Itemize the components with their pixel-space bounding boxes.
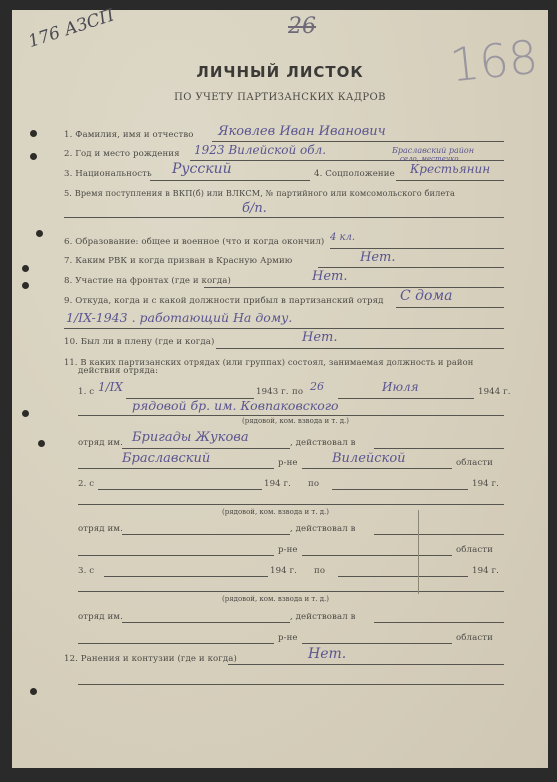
- entry-1-to-label: по: [292, 387, 303, 397]
- entry-1-to-month: Июля: [382, 380, 419, 394]
- field-2-value-district: Браславский район: [392, 146, 474, 155]
- entry-1-to-year: 1944 г.: [478, 387, 511, 397]
- entry-3-district-label: р-не: [278, 633, 298, 643]
- field-10-label: 10. Был ли в плену (где и когда): [64, 337, 214, 347]
- entry-1-region-label: области: [456, 458, 493, 468]
- punch-hole: [22, 410, 29, 417]
- entry-2-acted-in-label: , действовал в: [290, 524, 356, 534]
- entry-3-region-line: [302, 643, 452, 644]
- archive-mark-top-left: 176 АЗСП: [26, 5, 117, 52]
- entry-3-district-line: [78, 643, 274, 644]
- pencil-mark-vertical: [418, 510, 419, 594]
- entry-3-from-line: [104, 576, 268, 577]
- field-6-label: 6. Образование: общее и военное (что и к…: [64, 237, 324, 247]
- entry-2-to-label: по: [308, 479, 319, 489]
- field-12-line-2: [78, 684, 504, 685]
- field-1-label: 1. Фамилия, имя и отчество: [64, 130, 194, 140]
- entry-2-acted-in-line: [374, 534, 504, 535]
- punch-hole: [36, 230, 43, 237]
- entry-3-num: 3. с: [78, 566, 94, 576]
- field-4-line: [396, 180, 504, 181]
- document-page: 176 АЗСП 26 168 ЛИЧНЫЙ ЛИСТОК ПО УЧЕТУ П…: [12, 10, 548, 768]
- punch-hole: [30, 130, 37, 137]
- entry-1-region-line: [302, 468, 452, 469]
- entry-1-acted-in-label: , действовал в: [290, 438, 356, 448]
- entry-3-to-line: [338, 576, 468, 577]
- field-11-label-2: действия отряда:: [78, 366, 158, 376]
- field-4-value: Крестьянин: [410, 162, 490, 176]
- field-10-value: Нет.: [302, 330, 338, 345]
- field-2-label: 2. Год и место рождения: [64, 149, 180, 159]
- field-9-value-2: 1/IX-1943 . работающий На дому.: [66, 310, 292, 325]
- field-10-line: [216, 348, 504, 349]
- field-5-label: 5. Время поступления в ВКП(б) или ВЛКСМ,…: [64, 188, 455, 198]
- punch-hole: [22, 265, 29, 272]
- entry-3-from-year: 194 г.: [270, 566, 297, 576]
- entry-1-num: 1. с: [78, 387, 94, 397]
- field-7-value: Нет.: [360, 250, 396, 265]
- field-9-line-2: [64, 328, 504, 329]
- entry-2-detachment-line: [122, 534, 290, 535]
- archive-mark-top-right: 168: [447, 30, 540, 93]
- field-8-line: [204, 287, 504, 288]
- archive-mark-top-center: 26: [288, 14, 316, 39]
- field-8-value: Нет.: [312, 269, 348, 284]
- field-6-line: [330, 248, 504, 249]
- punch-hole: [38, 440, 45, 447]
- entry-2-region-line: [302, 555, 452, 556]
- entry-2-to-year: 194 г.: [472, 479, 499, 489]
- entry-3-detachment-label: отряд им.: [78, 612, 123, 622]
- field-5-line: [64, 217, 504, 218]
- entry-1-from-day: 1/IX: [98, 380, 123, 394]
- field-7-line: [318, 267, 504, 268]
- entry-2-from-year: 194 г.: [264, 479, 291, 489]
- entry-1-district-label: р-не: [278, 458, 298, 468]
- field-9-label: 9. Откуда, когда и с какой должности при…: [64, 296, 384, 306]
- entry-2-detachment-label: отряд им.: [78, 524, 123, 534]
- field-3-value: Русский: [172, 161, 232, 177]
- entry-1-to-line: [338, 398, 474, 399]
- entry-2-position-line: [78, 504, 504, 505]
- entry-1-detachment-line: [122, 448, 290, 449]
- entry-1-to-day: 26: [310, 380, 324, 393]
- field-12-label: 12. Ранения и контузии (где и когда): [64, 654, 237, 664]
- entry-3-to-label: по: [314, 566, 325, 576]
- field-12-value: Нет.: [308, 646, 346, 662]
- entry-2-to-line: [332, 489, 468, 490]
- entry-2-district-label: р-не: [278, 545, 298, 555]
- field-1-line: [212, 141, 504, 142]
- field-9-value: С дома: [400, 288, 452, 304]
- entry-2-district-line: [78, 555, 274, 556]
- entry-3-position-caption: (рядовой, ком. взвода и т. д.): [222, 595, 329, 603]
- field-2-value: 1923 Вилейской обл.: [194, 143, 326, 157]
- entry-3-acted-in-line: [374, 622, 504, 623]
- entry-3-to-year: 194 г.: [472, 566, 499, 576]
- field-12-line: [228, 664, 504, 665]
- entry-2-region-label: области: [456, 545, 493, 555]
- entry-1-acted-in-line: [374, 448, 504, 449]
- entry-1-position: рядовой бр. им. Ковпаковского: [132, 398, 339, 413]
- entry-2-position-caption: (рядовой, ком. взвода и т. д.): [222, 508, 329, 516]
- entry-3-detachment-line: [122, 622, 290, 623]
- entry-1-from-year: 1943 г.: [256, 387, 289, 397]
- field-3-label: 3. Национальность: [64, 169, 152, 179]
- entry-3-region-label: области: [456, 633, 493, 643]
- document-title: ЛИЧНЫЙ ЛИСТОК: [12, 63, 548, 81]
- entry-1-detachment-label: отряд им.: [78, 438, 123, 448]
- entry-3-acted-in-label: , действовал в: [290, 612, 356, 622]
- field-6-value: 4 кл.: [330, 232, 355, 243]
- field-5-value: б/п.: [242, 201, 267, 216]
- punch-hole: [30, 688, 37, 695]
- entry-2-from-line: [98, 489, 262, 490]
- entry-2-num: 2. с: [78, 479, 94, 489]
- entry-1-region: Вилейской: [332, 451, 406, 466]
- field-8-label: 8. Участие на фронтах (где и когда): [64, 276, 231, 286]
- field-3-line: [150, 180, 310, 181]
- field-1-value: Яковлев Иван Иванович: [218, 124, 386, 139]
- punch-hole: [30, 153, 37, 160]
- entry-1-district-line: [78, 468, 274, 469]
- entry-3-position-line: [78, 591, 504, 592]
- field-9-line: [396, 307, 504, 308]
- entry-1-district: Браславский: [122, 451, 210, 466]
- entry-1-position-line: [78, 415, 504, 416]
- entry-1-detachment: Бригады Жукова: [132, 430, 249, 445]
- field-4-label: 4. Соцположение: [314, 169, 395, 179]
- document-subtitle: ПО УЧЕТУ ПАРТИЗАНСКИХ КАДРОВ: [12, 92, 548, 103]
- entry-1-position-caption: (рядовой, ком. взвода и т. д.): [242, 417, 349, 425]
- punch-hole: [22, 282, 29, 289]
- field-7-label: 7. Каким РВК и когда призван в Красную А…: [64, 256, 292, 266]
